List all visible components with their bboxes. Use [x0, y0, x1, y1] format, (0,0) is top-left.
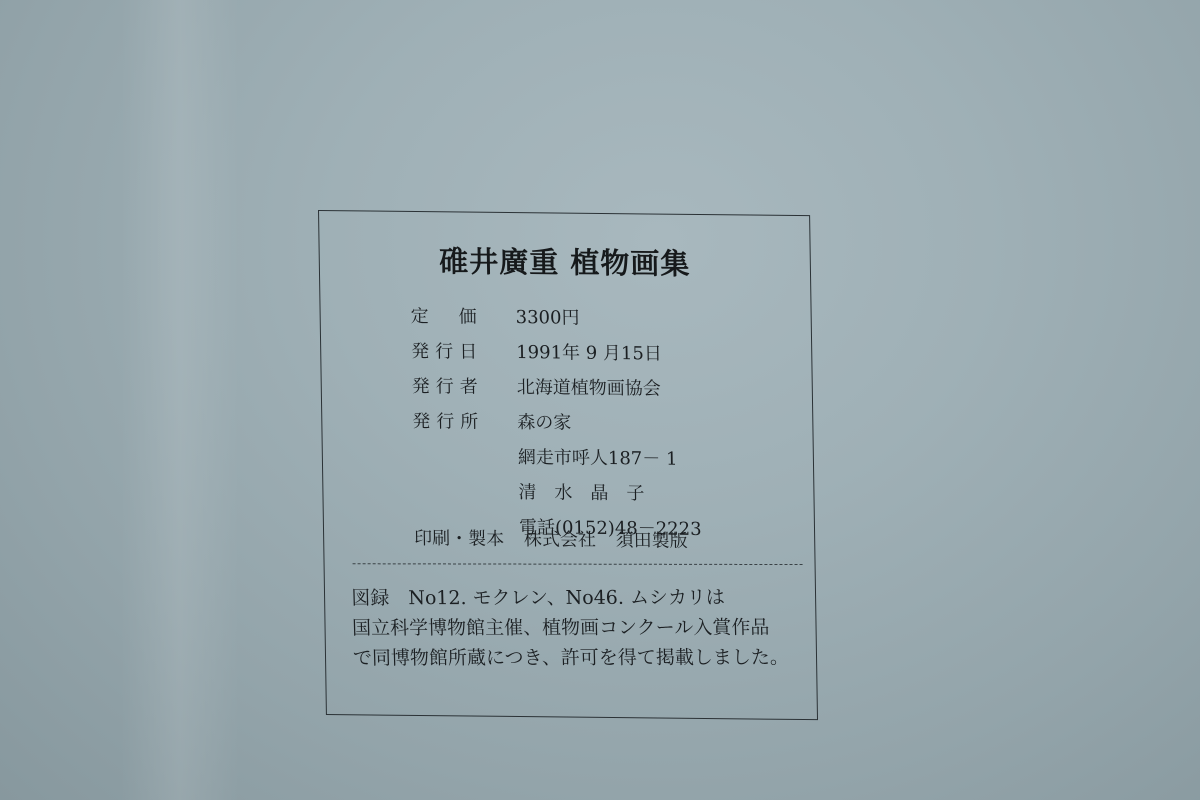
page-fold-highlight — [120, 0, 240, 800]
address-value: 網走市呼人187－ 1 — [518, 443, 678, 471]
printing-label: 印刷・製本 — [414, 528, 504, 550]
publish-date-value: 1991年 9 月15日 — [516, 338, 662, 366]
publisher-label: 発行者 — [412, 371, 517, 398]
dashed-divider — [353, 563, 803, 565]
price-value: 3300円 — [515, 303, 579, 330]
contact-name-value: 清 水 晶 子 — [518, 478, 644, 505]
publisher-row: 発行者 北海道植物画協会 — [411, 367, 699, 405]
publishing-office-value: 森の家 — [517, 408, 571, 435]
printing-row: 印刷・製本 株式会社 須田製版 — [414, 524, 702, 553]
publish-date-label: 発行日 — [411, 336, 516, 363]
price-row: 定 価 3300円 — [410, 297, 698, 335]
credit-note: 図録 No12. モクレン、No46. ムシカリは 国立科学博物館主催、植物画コ… — [351, 582, 807, 673]
publisher-value: 北海道植物画協会 — [517, 373, 661, 401]
colophon-box: 碓井廣重 植物画集 定 価 3300円 発行日 1991年 9 月15日 発行者… — [318, 210, 818, 720]
book-title: 碓井廣重 植物画集 — [319, 238, 810, 284]
publishing-office-row: 発行所 森の家 — [412, 402, 700, 440]
note-line: 国立科学博物館主催、植物画コンクール入賞作品 — [352, 612, 807, 643]
contact-name-row: 清 水 晶 子 — [413, 472, 701, 510]
printing-company: 須田製版 — [615, 530, 687, 552]
address-row: 網走市呼人187－ 1 — [413, 437, 701, 475]
note-line: 図録 No12. モクレン、No46. ムシカリは — [351, 582, 806, 613]
publishing-office-label: 発行所 — [412, 406, 517, 433]
price-label: 定 価 — [410, 301, 515, 328]
printing-company-type: 株式会社 — [524, 529, 596, 551]
colophon-rows: 定 価 3300円 発行日 1991年 9 月15日 発行者 北海道植物画協会 … — [410, 297, 701, 545]
publish-date-row: 発行日 1991年 9 月15日 — [411, 332, 699, 370]
note-line: で同博物館所蔵につき、許可を得て掲載しました。 — [353, 642, 808, 673]
